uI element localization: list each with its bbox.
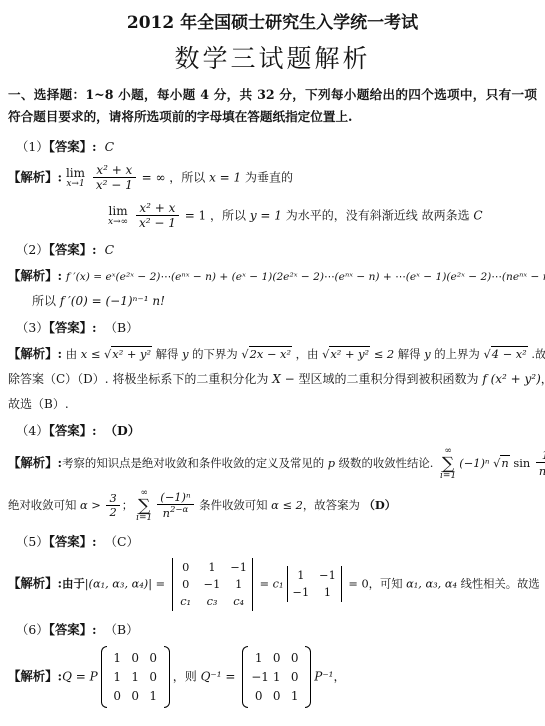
limit-subscript: x→1 [66, 180, 85, 189]
det-cell: −1 [230, 561, 247, 574]
q4-answer-line: （4）【答案】:（D） [8, 421, 537, 439]
determinant-2x2: 1−1−11 [287, 566, 342, 602]
sqrt-expression: √x² + y² [322, 346, 370, 361]
text-run: ， [333, 669, 345, 683]
math-run: α₁, α₃, α₄ [406, 577, 457, 590]
math-run: x = 1 [209, 170, 241, 184]
math-run: α ≤ 2 [271, 498, 303, 512]
fraction: x² + xx² − 1 [136, 201, 179, 231]
answer-label: 【答案】: [49, 622, 97, 637]
math-run: c₁ [273, 577, 284, 590]
matrix-cell: 0 [269, 651, 284, 665]
answer-label: 【答案】: [49, 139, 97, 154]
text-run: .故排 [528, 347, 545, 361]
matrix-cell: 1 [110, 670, 125, 684]
sigma-sign: ∑ [136, 498, 152, 514]
math-run: ≤ 2 [370, 347, 398, 361]
sigma-sign: ∑ [440, 456, 456, 472]
q3-answer: （B） [105, 320, 139, 335]
matrix-cell: 0 [287, 651, 302, 665]
sum-lower-limit: i=1 [440, 472, 456, 481]
fraction-denominator: n2−α [157, 504, 193, 520]
derivative-formula: f ′(x) = eˣ(e²ˣ − 2)⋯(eⁿˣ − n) + (eˣ − 1… [66, 271, 545, 283]
limit-word: lim [108, 205, 128, 217]
det-cell: 1 [319, 586, 336, 599]
det-cell: 0 [178, 578, 194, 591]
q2-analysis-line1: 【解析】: f ′(x) = eˣ(e²ˣ − 2)⋯(eⁿˣ − n) + (… [8, 266, 537, 284]
det-cell: −1 [293, 586, 310, 599]
text-run: 为水平的，没有斜渐近线 故两条选 [282, 208, 473, 222]
answer-label: 【答案】: [49, 320, 97, 335]
text-run: 解得 [398, 347, 424, 361]
q6-analysis-line: 【解析】:Q = P100110001，则 Q⁻¹ = 100−110001P⁻… [8, 646, 537, 708]
det-cell: −1 [319, 569, 336, 582]
analysis-label: 【解析】: [8, 668, 62, 683]
text-run: 解得 [152, 347, 182, 361]
fraction: 32 [106, 492, 119, 520]
matrix-cell: 0 [269, 689, 284, 703]
text-run: ，则 [173, 669, 201, 683]
q3-analysis-line2: 除答案（C）（D）. 将极坐标系下的二重积分化为 X − 型区域的二重积分得到被… [8, 370, 537, 387]
det-cell: 1 [230, 578, 247, 591]
q2-number: （2） [16, 242, 49, 257]
fraction-denominator: 2 [106, 505, 119, 520]
det-cell: −1 [204, 578, 221, 591]
sqrt-expression: √x² + y² [104, 346, 152, 361]
fraction-numerator: x² + x [136, 201, 179, 215]
analysis-label: 【解析】: [8, 268, 62, 283]
fraction-denominator: x² − 1 [93, 177, 136, 192]
answer-label: 【答案】: [49, 423, 97, 438]
q3-number: （3） [16, 320, 49, 335]
radical-sign: √ [241, 347, 248, 361]
limit-word: lim [66, 167, 85, 179]
fraction-numerator: x² + x [93, 163, 136, 177]
analysis-label: 【解析】: [8, 346, 62, 361]
det-cell: 1 [204, 561, 221, 574]
matrix-cell: 1 [128, 670, 143, 684]
det-cell: 0 [178, 561, 194, 574]
exam-solution-document: 2012 年全国硕士研究生入学统一考试 数学三试题解析 一、选择题：1~8 小题… [0, 0, 545, 726]
det-cell: c₄ [230, 595, 247, 608]
sqrt-expression: √n [493, 455, 510, 470]
q6-answer: （B） [105, 622, 139, 637]
q3-analysis-line1: 【解析】: 由 x ≤ √x² + y² 解得 y 的下界为 √2x − x² … [8, 344, 537, 362]
math-run: |(α₁, α₃, α₄)| [85, 577, 152, 590]
q1-analysis-line2: limx→∞ x² + xx² − 1 = 1 ，所以 y = 1 为水平的，没… [108, 201, 537, 231]
page-subtitle: 数学三试题解析 [8, 39, 537, 75]
matrix-cell: 0 [128, 651, 143, 665]
q5-answer-line: （5）【答案】:（C） [8, 532, 537, 550]
fraction-numerator: 1 [536, 449, 545, 463]
fraction-numerator: (−1)ⁿ [157, 491, 193, 505]
analysis-label: 【解析】: [8, 455, 62, 470]
fraction-numerator: 3 [106, 492, 119, 506]
math-run: sin [510, 456, 534, 470]
q5-analysis-line: 【解析】:由于|(α₁, α₃, α₄)| = 01−10−11c₁c₃c₄ =… [8, 558, 537, 611]
q1-answer: C [105, 139, 114, 154]
q3-analysis-line3: 故选（B）. [8, 395, 537, 412]
matrix-grid: 100−110001 [248, 646, 305, 708]
text-run: 考察的知识点是绝对收敛和条件收敛的定义及常见的 [62, 456, 328, 470]
matrix-cell: 0 [128, 689, 143, 703]
math-run: = [256, 577, 273, 590]
q1-number: （1） [16, 139, 49, 154]
math-run: α > [80, 498, 104, 512]
sum-lower-limit: i=1 [136, 514, 152, 523]
matrix-cell: 1 [146, 689, 161, 703]
answer-label: 【答案】: [49, 534, 97, 549]
summation-operator: ∞∑i=1 [440, 447, 456, 481]
fraction: (−1)ⁿn2−α [157, 491, 193, 521]
math-run: P⁻¹ [314, 669, 333, 683]
radicand: x² + y² [111, 346, 152, 361]
q4-analysis-line1: 【解析】:考察的知识点是绝对收敛和条件收敛的定义及常见的 p 级数的收敛性结论.… [8, 447, 537, 481]
matrix-cell: 1 [251, 651, 266, 665]
sqrt-expression: √2x − x² [241, 346, 292, 361]
text-run: 由于 [62, 576, 85, 590]
text-run: 条件收敛可知 [196, 498, 272, 512]
den-base: n [539, 464, 545, 478]
text-run: 由 [66, 347, 81, 361]
matrix-cell: 0 [110, 689, 125, 703]
limit-subscript: x→∞ [108, 218, 128, 227]
math-run: Q = P [62, 669, 98, 683]
q2-analysis-line2: 所以 f ′(0) = (−1)ⁿ⁻¹ n! [32, 292, 537, 309]
math-run: p [328, 456, 335, 470]
matrix-cell: 1 [110, 651, 125, 665]
matrix-cell: 0 [287, 670, 302, 684]
math-run: = 0 [345, 577, 369, 590]
q4-inline-answer: （D） [363, 498, 396, 512]
det-cell: c₁ [178, 595, 194, 608]
text-run: ， [541, 372, 545, 386]
den-base: n [163, 506, 170, 520]
q2-answer-line: （2）【答案】:C [8, 240, 537, 258]
radicand: 4 − x² [491, 346, 528, 361]
answer-label: 【答案】: [49, 242, 97, 257]
math-run: Q⁻¹ = [201, 669, 240, 683]
det-cell: c₃ [204, 595, 221, 608]
fraction: x² + xx² − 1 [93, 163, 136, 193]
fraction-denominator: x² − 1 [136, 215, 179, 230]
det-cell: 1 [293, 569, 310, 582]
q1-answer-line: （1）【答案】:C [8, 137, 537, 155]
text-run: 级数的收敛性结论. [335, 456, 437, 470]
math-run: f ′(0) = (−1)ⁿ⁻¹ n! [60, 294, 165, 308]
text-run: 故选（B）. [8, 397, 69, 411]
q1-analysis-line1: 【解析】: limx→1 x² + xx² − 1 = ∞ ，所以 x = 1 … [8, 163, 537, 193]
math-run: (−1)ⁿ [459, 456, 493, 470]
q5-answer: （C） [105, 534, 139, 549]
matrix-cell: 0 [251, 689, 266, 703]
fraction-denominator: nα [536, 462, 545, 478]
q6-answer-line: （6）【答案】:（B） [8, 620, 537, 638]
math-run: x ≤ [81, 347, 104, 361]
text-run: 的上界为 [431, 347, 484, 361]
matrix-cell: −1 [251, 670, 266, 684]
matrix-3x3: 100−110001 [242, 646, 311, 708]
matrix-grid: 100110001 [107, 646, 164, 708]
q6-number: （6） [16, 622, 49, 637]
q4-analysis-line2: 绝对收敛可知 α > 32；∞∑i=1(−1)ⁿn2−α 条件收敛可知 α ≤ … [8, 489, 537, 523]
radicand: 2x − x² [249, 346, 292, 361]
text-run: 型区域的二重积分得到被积函数为 [298, 372, 482, 386]
math-run: y = 1 [250, 208, 282, 222]
math-run: f (x² + y²) [482, 372, 540, 386]
q5-number: （5） [16, 534, 49, 549]
text-run: 的下界为 [189, 347, 242, 361]
text-run: ，故答案为 [303, 498, 364, 512]
radical-sign: √ [483, 347, 490, 361]
q4-answer: （D） [105, 423, 141, 438]
matrix-3x3: 100110001 [101, 646, 170, 708]
determinant-3x3: 01−10−11c₁c₃c₄ [172, 558, 253, 611]
text-run: = 1 ，所以 [185, 208, 250, 222]
matrix-cell: 1 [287, 689, 302, 703]
analysis-label: 【解析】: [8, 575, 62, 590]
text-run: 线性相关。故选（C） [457, 577, 545, 590]
math-run: C [473, 208, 482, 222]
limit-operator: limx→1 [66, 167, 85, 189]
text-run: ； [122, 498, 133, 512]
text-run: ，由 [292, 347, 322, 361]
den-exponent: 2−α [170, 505, 188, 515]
fraction: 1nα [536, 449, 545, 479]
radicand: n [500, 455, 509, 470]
matrix-cell: 1 [269, 670, 284, 684]
text-run: 所以 [32, 294, 60, 308]
text-run: 绝对收敛可知 [8, 498, 80, 512]
text-run: 为垂直的 [241, 170, 293, 184]
q2-answer: C [105, 242, 114, 257]
math-run: = [152, 577, 169, 590]
text-run: ，可知 [369, 577, 406, 590]
analysis-label: 【解析】: [8, 169, 62, 184]
limit-operator: limx→∞ [108, 205, 128, 227]
section-intro: 一、选择题：1~8 小题，每小题 4 分，共 32 分，下列每小题给出的四个选项… [8, 84, 537, 128]
page-title: 2012 年全国硕士研究生入学统一考试 [8, 8, 537, 33]
radicand: x² + y² [329, 346, 370, 361]
text-run: 除答案（C）（D）. 将极坐标系下的二重积分化为 [8, 372, 272, 386]
text-run: = ∞ ，所以 [142, 170, 210, 184]
q3-answer-line: （3）【答案】:（B） [8, 318, 537, 336]
math-run: X − [272, 372, 298, 386]
right-paren [164, 646, 170, 708]
sqrt-expression: √4 − x² [483, 346, 527, 361]
q4-number: （4） [16, 423, 49, 438]
summation-operator: ∞∑i=1 [136, 489, 152, 523]
matrix-cell: 0 [146, 651, 161, 665]
right-paren [305, 646, 311, 708]
matrix-cell: 0 [146, 670, 161, 684]
